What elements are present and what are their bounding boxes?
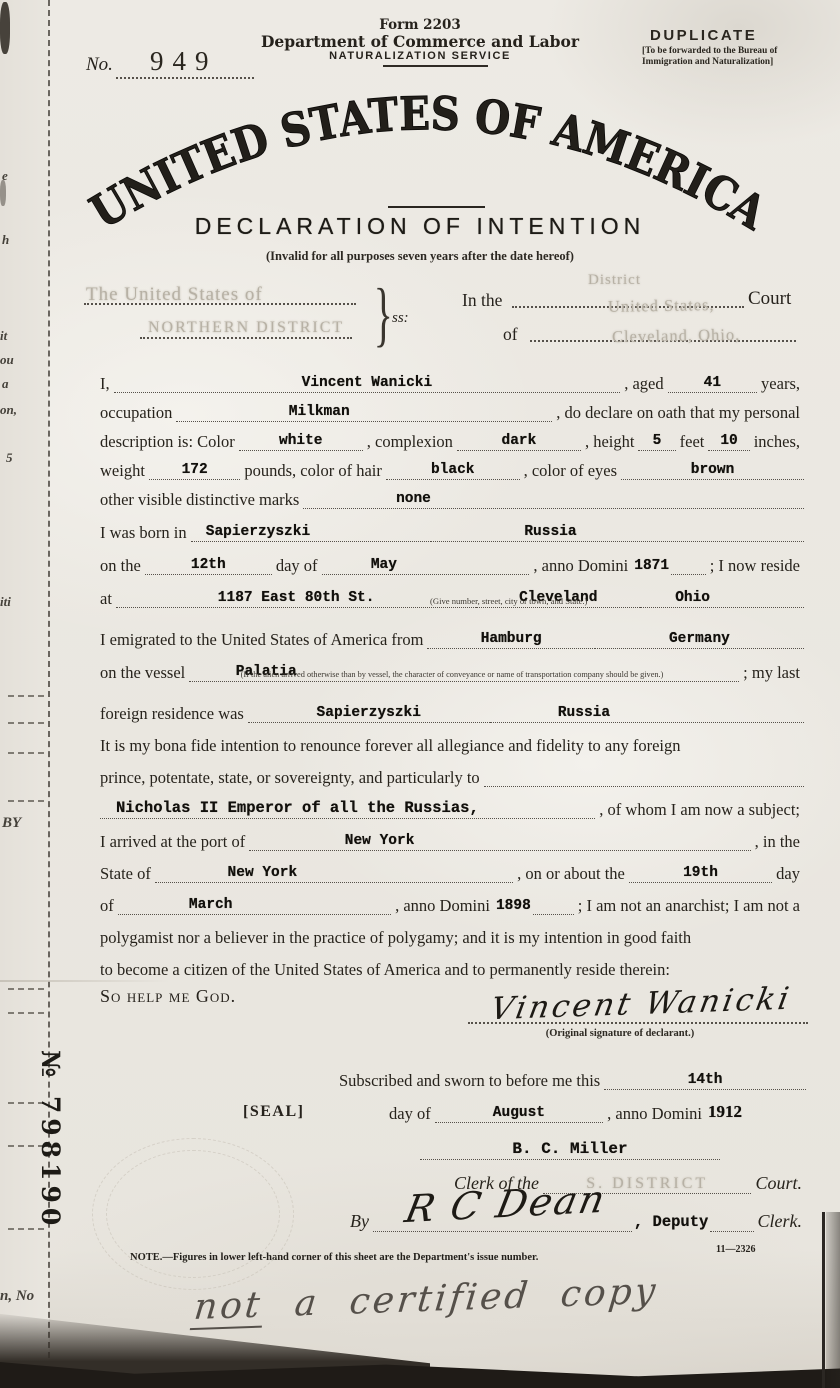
departure-city-field: Hamburg [427,627,594,649]
document-serial-number: № 798190 [36,1050,65,1290]
aged-label: , aged [620,375,667,393]
citizen-text: to become a citizen of the United States… [100,961,674,979]
sovereign-lead-field [484,765,804,787]
arrival-anno-label: , anno Domini [391,897,494,915]
line-sovereign: Nicholas II Emperor of all the Russias, … [100,787,804,819]
feet-label: feet [676,433,709,451]
duplicate-note: [To be forwarded to the Bureau of Immigr… [642,46,802,68]
line-birthplace: I was born in Sapierzyszki Russia [100,509,804,542]
gap-field [533,893,574,915]
deputy-label: , Deputy [632,1213,710,1232]
deputy-signature-field: R C Dean [373,1210,632,1232]
complexion-value: dark [502,433,537,449]
weight-field: 172 [149,458,240,480]
sworn-month-value: August [493,1105,545,1121]
edge-text-fragment: it [0,328,7,344]
arrival-month-value: March [189,897,233,913]
line-description: description is: Color white , complexion… [100,422,804,451]
eyes-label: , color of eyes [520,462,621,480]
venue-district-stamp: NORTHERN DISTRICT [148,319,344,337]
sworn-date-row: day of August , anno Domini 1912 [385,1097,744,1123]
sworn-year-value: 1912 [706,1102,744,1123]
height-inches-field: 10 [708,429,749,451]
line-name-age: I, Vincent Wanicki , aged 41 years, [100,364,804,393]
birthcountry-value: Russia [524,524,576,540]
line-address: at 1187 East 80th St. Cleveland Ohio (Gi… [100,575,804,608]
annotation-not: not [190,1284,267,1330]
sovereign-value: Nicholas II Emperor of all the Russias, [116,799,479,817]
birthmonth-value: May [371,557,397,573]
arrival-day-value: 19th [683,865,718,881]
signature-note: (Original signature of declarant.) [470,1028,770,1039]
reside-label: ; I now reside [706,557,804,575]
birthcountry-field: Russia [431,520,804,542]
color-field: white [239,429,363,451]
line-vessel: on the vessel Palatia ; my last (If the … [100,649,804,682]
torn-edge-dash [8,1012,44,1014]
line-citizen: to become a citizen of the United States… [100,947,804,979]
foreign-residence-value: Sapierzyszki [317,705,421,721]
edge-text-fragment: ou [0,352,14,368]
clerk-word-label: Clerk. [754,1212,807,1232]
torn-edge-dash [8,722,44,724]
departure-country-field: Germany [595,627,804,649]
document-no-label: No. [86,54,113,76]
name-field: Vincent Wanicki [114,371,621,393]
sworn-day-of-label: day of [385,1105,435,1123]
address-state-field: Ohio [640,586,804,608]
years-label: years, [757,375,804,393]
weight-value: 172 [182,462,208,478]
district-stamp: District [588,272,641,289]
court-label: Court [748,288,791,310]
edge-text-fragment: a [2,376,9,392]
anno-domini-label: , anno Domini [529,557,632,575]
line-birthdate: on the 12th day of May , anno Domini 187… [100,542,804,575]
court-word-label: Court. [751,1174,806,1194]
marks-label: other visible distinctive marks [100,491,303,509]
sworn-day-value: 14th [688,1072,723,1088]
arrival-state-field: New York [155,861,513,883]
arrival-year-value: 1898 [494,898,533,915]
torn-edge-dash [8,695,44,697]
height-feet-value: 5 [653,433,662,449]
arrived-label: I arrived at the port of [100,833,249,851]
marks-field: none [303,487,804,509]
foreign-residence-label: foreign residence was [100,705,248,723]
birthday-field: 12th [145,553,272,575]
arrival-state-value: New York [228,865,298,881]
height-inches-value: 10 [720,433,737,449]
arrival-port-value: New York [345,833,415,849]
by-label: By [346,1212,373,1232]
complexion-label: , complexion [363,433,457,451]
renounce-text-2: prince, potentate, state, or sovereignty… [100,769,484,787]
deputy-signature: R C Dean [402,1177,611,1231]
pounds-label: pounds, color of hair [240,462,385,480]
so-help-me-god: So help me God. [100,986,236,1007]
hair-field: black [386,458,520,480]
birthyear-value: 1871 [632,558,671,575]
sworn-day-field: 14th [604,1068,806,1090]
annotation-rest: a certified copy [262,1271,660,1326]
state-of-label: State of [100,865,155,883]
foreign-country-value: Russia [558,705,610,721]
address-value: 1187 East 80th St. [218,590,375,606]
arrival-month-field: March [118,893,391,915]
line-port: I arrived at the port of New York , in t… [100,819,804,851]
of-label: of [503,324,518,345]
birthmonth-field: May [322,553,530,575]
inches-label: inches, [750,433,804,451]
clerk-name-row: B. C. Miller [420,1134,720,1160]
born-label: I was born in [100,524,191,542]
venue-brace: } [374,273,393,356]
foreign-residence-field: Sapierzyszki [248,701,490,723]
address-field: 1187 East 80th St. [116,586,476,608]
edge-text-fragment: iti [0,594,11,610]
height-label: , height [581,433,639,451]
i-label: I, [100,375,114,393]
line-renounce-2: prince, potentate, state, or sovereignty… [100,755,804,787]
vessel-note: (If the alien arrived otherwise than by … [241,670,664,679]
scan-edge-line [822,1212,825,1388]
of-month-label: of [100,897,118,915]
line-state: State of New York , on or about the 19th… [100,851,804,883]
marks-value: none [396,491,431,507]
validity-note: (Invalid for all purposes seven years af… [0,249,840,264]
departure-city-value: Hamburg [481,631,542,647]
line-marks: other visible distinctive marks none [100,480,804,509]
occupation-value: Milkman [289,404,350,420]
declarant-signature: Vincent Wanicki [488,981,795,1027]
color-value: white [279,433,323,449]
issue-code: 11—2326 [716,1244,755,1255]
paper-crease [0,980,170,982]
foreign-country-field: Russia [490,701,804,723]
birthplace-field: Sapierzyszki [191,520,432,542]
line-renounce-1: It is my bona fide intention to renounce… [100,723,804,755]
sworn-anno-label: , anno Domini [603,1105,706,1123]
deputy-row: By R C Dean , Deputy Clerk. [346,1206,806,1232]
sworn-month-field: August [435,1101,603,1123]
declare-label: , do declare on oath that my personal [552,404,804,422]
subject-label: , of whom I am now a subject; [595,801,804,819]
venue-plaintiff-stamp: The United States of [86,284,263,306]
birthday-value: 12th [191,557,226,573]
on-or-about-label: , on or about the [513,865,629,883]
complexion-field: dark [457,429,581,451]
line-polygamist: polygamist nor a believer in the practic… [100,915,804,947]
seal-label: [SEAL] [243,1103,304,1121]
embossed-seal [92,1138,302,1298]
name-value: Vincent Wanicki [302,375,433,391]
line-occupation: occupation Milkman , do declare on oath … [100,393,804,422]
eyes-field: brown [621,458,804,480]
subscribed-label: Subscribed and sworn to before me this [335,1072,604,1090]
clerk-name-value: B. C. Miller [512,1140,627,1158]
header-rule [383,65,488,67]
venue-line [140,337,352,339]
my-last-label: ; my last [739,664,804,682]
day-label: day [772,865,804,883]
vessel-label: on the vessel [100,664,189,682]
ss-label: ss: [392,310,409,327]
day-of-label: day of [272,557,322,575]
edge-text-fragment: 5 [6,450,13,466]
edge-text-fragment: on, [0,402,17,418]
line-arrival-date: of March , anno Domini 1898 ; I am not a… [100,883,804,915]
torn-edge-dash [8,800,44,802]
subscribed-row: Subscribed and sworn to before me this 1… [335,1064,806,1090]
sovereign-field: Nicholas II Emperor of all the Russias, [100,797,595,819]
address-state-value: Ohio [675,590,710,606]
united-states-stamp: United States, [608,295,715,317]
renounce-text-1: It is my bona fide intention to renounce… [100,737,685,755]
document-heading: DECLARATION OF INTENTION [0,213,840,240]
arrival-day-field: 19th [629,861,772,883]
line-foreign-residence: foreign residence was Sapierzyszki Russi… [100,690,804,723]
address-note: (Give number, street, city or town, and … [430,596,587,606]
height-feet-field: 5 [638,429,675,451]
declaration-body: I, Vincent Wanicki , aged 41 years, occu… [100,364,804,979]
age-field: 41 [668,371,757,393]
eyes-value: brown [691,462,735,478]
hair-value: black [431,462,475,478]
edge-text-fragment: e [2,168,8,184]
gap-field [671,553,706,575]
polygamist-text: polygamist nor a believer in the practic… [100,929,695,947]
document-no-line [116,77,254,79]
emigrated-label: I emigrated to the United States of Amer… [100,631,427,649]
occupation-field: Milkman [176,400,552,422]
at-label: at [100,590,116,608]
in-the-state-label: , in the [751,833,804,851]
arrival-port-field: New York [249,829,750,851]
duplicate-label: DUPLICATE [650,27,757,44]
anarchist-label: ; I am not an anarchist; I am not a [574,897,804,915]
title-rule [388,206,485,208]
line-weight: weight 172 pounds, color of hair black ,… [100,451,804,480]
scan-shadow [826,1212,840,1388]
declaration-of-intention-document: e h it ou a on, 5 iti BY n, No Form 2203… [0,0,840,1388]
line-emigrated: I emigrated to the United States of Amer… [100,616,804,649]
weight-label: weight [100,462,149,480]
edge-text-fragment: n, No [0,1288,34,1305]
torn-edge-dash [8,752,44,754]
birthplace-value: Sapierzyszki [206,524,310,540]
city-stamp: Cleveland, Ohio, [612,325,741,347]
occupation-label: occupation [100,404,176,422]
departure-country-value: Germany [669,631,730,647]
on-the-label: on the [100,557,145,575]
in-the-label: In the [462,290,502,311]
edge-text-fragment: BY [2,815,21,832]
description-label: description is: Color [100,433,239,451]
torn-edge-dash [8,988,44,990]
clerk-name-field: B. C. Miller [420,1138,720,1160]
document-no-value: 949 [150,46,218,77]
age-value: 41 [704,375,721,391]
gap-field [710,1210,753,1232]
